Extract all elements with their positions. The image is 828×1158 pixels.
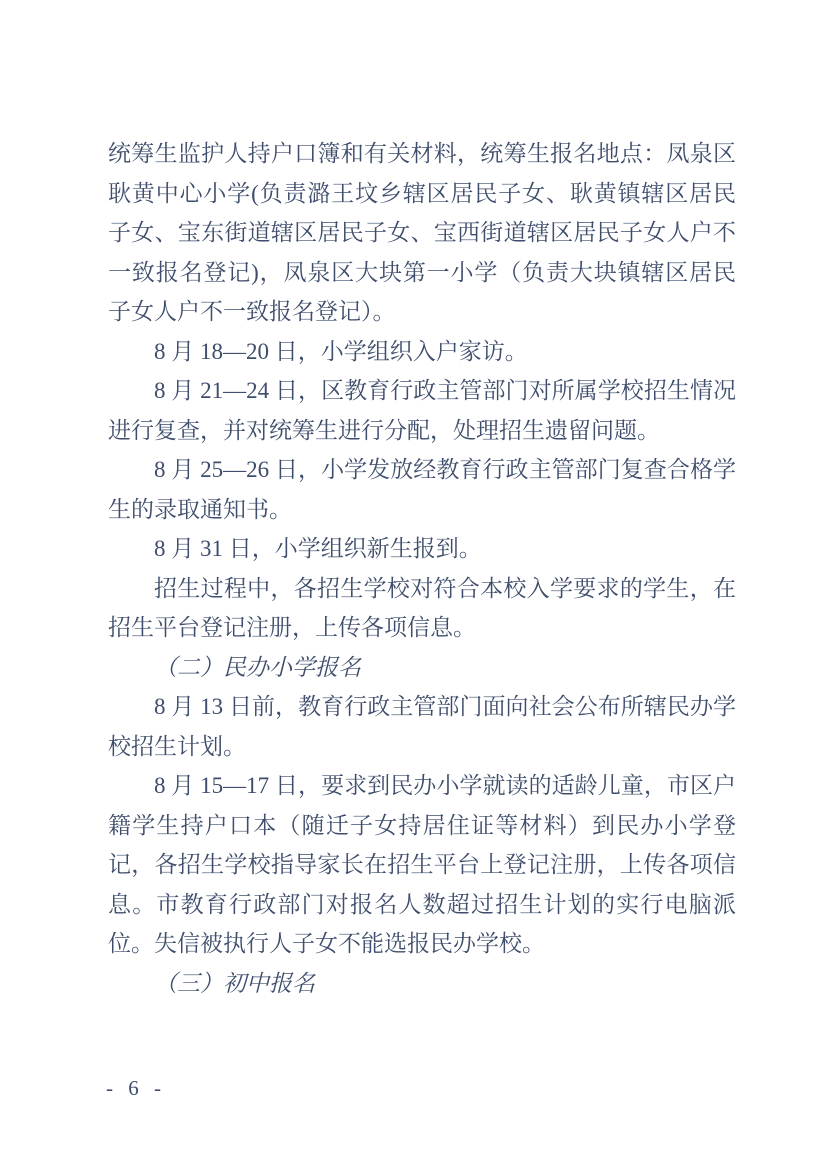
section-heading: （三）初中报名 [108, 964, 736, 1004]
paragraph: 8 月 13 日前，教育行政主管部门面向社会公布所辖民办学校招生计划。 [108, 687, 736, 766]
page-number: - 6 - [106, 1076, 166, 1101]
paragraph: 8 月 21—24 日，区教育行政主管部门对所属学校招生情况进行复查，并对统筹生… [108, 371, 736, 450]
paragraph: 8 月 25—26 日，小学发放经教育行政主管部门复查合格学生的录取通知书。 [108, 450, 736, 529]
section-heading: （二）民办小学报名 [108, 648, 736, 688]
paragraph: 8 月 18—20 日，小学组织入户家访。 [108, 332, 736, 372]
paragraph: 8 月 31 日，小学组织新生报到。 [108, 529, 736, 569]
document-page: 统筹生监护人持户口簿和有关材料，统筹生报名地点：凤泉区耿黄中心小学(负责潞王坟乡… [0, 0, 828, 1158]
paragraph: 统筹生监护人持户口簿和有关材料，统筹生报名地点：凤泉区耿黄中心小学(负责潞王坟乡… [108, 134, 736, 332]
document-body: 统筹生监护人持户口簿和有关材料，统筹生报名地点：凤泉区耿黄中心小学(负责潞王坟乡… [108, 134, 736, 1003]
paragraph: 招生过程中，各招生学校对符合本校入学要求的学生，在招生平台登记注册，上传各项信息… [108, 569, 736, 648]
paragraph: 8 月 15—17 日，要求到民办小学就读的适龄儿童，市区户籍学生持户口本（随迁… [108, 766, 736, 964]
